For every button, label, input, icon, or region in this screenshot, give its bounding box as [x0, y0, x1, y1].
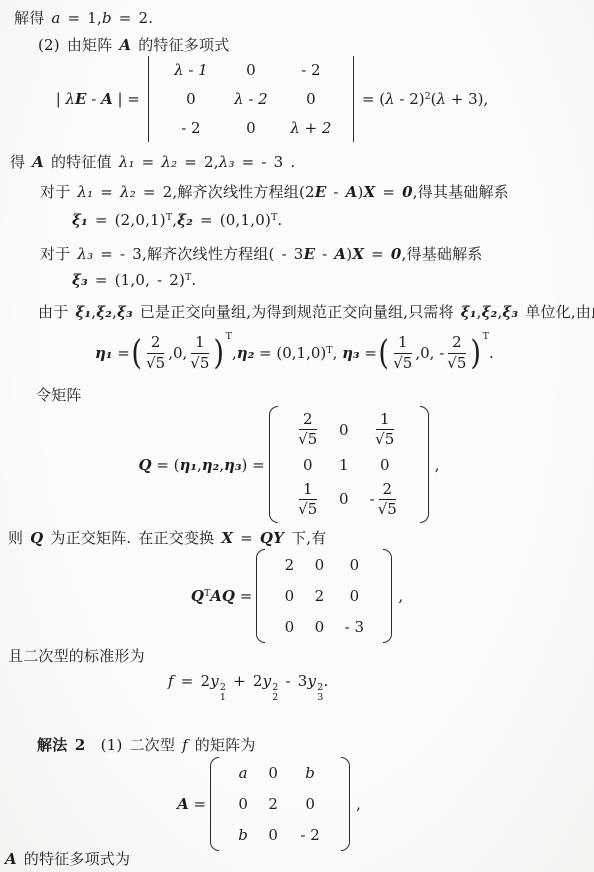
text-seg: ξ₁	[461, 303, 477, 321]
matrix-rparen	[341, 757, 350, 851]
text-seg: .	[323, 672, 328, 690]
xi3-basis-line: ξ₃ = (1,0, - 2)T.	[72, 271, 196, 289]
fraction: 2√5	[146, 334, 165, 372]
text-seg: ξ₃	[502, 303, 518, 321]
text-seg: ,0,	[168, 344, 187, 362]
text-seg: A	[119, 36, 131, 54]
text-seg: Q	[138, 456, 151, 474]
matrix-cell: 0	[350, 587, 360, 605]
frac-denominator: √5	[393, 354, 412, 372]
det-matrix: λ - 1 0 - 2 0 λ - 2 0 - 2 0 λ + 2	[149, 56, 353, 142]
text-seg: η₁	[180, 456, 197, 474]
frac-denominator: √5	[298, 430, 317, 448]
text-seg: 单位化,由此得	[518, 303, 594, 321]
text-seg: = - 3 .	[235, 153, 296, 171]
text-seg: η₂	[202, 456, 219, 474]
text-seg: λ₁	[119, 153, 135, 171]
text-seg: ,得基础解系	[402, 245, 483, 263]
frac-denominator: √5	[146, 354, 165, 372]
a-matrix: a 0 b 0 2 0 b 0 - 2	[210, 757, 350, 851]
text-seg: 为正交矩阵. 在正交变换	[43, 529, 221, 547]
matrix-cell: 0	[285, 618, 295, 636]
char-poly-intro-line: A 的特征多项式为	[5, 848, 130, 869]
text-seg: (2) 由矩阵	[38, 36, 119, 54]
scanned-textbook-page: 解得 a = 1,b = 2. (2) 由矩阵 A 的特征多项式 | λE - …	[0, 0, 594, 872]
text-seg: ,得其基础解系	[413, 183, 509, 201]
text-seg: 的矩阵为	[188, 736, 256, 754]
matrix-cell: 0	[339, 421, 349, 439]
text-seg: =	[360, 344, 377, 362]
qtaq-equation: QTAQ = 2 0 0 0 2 0 0 0 - 3 ,	[0, 549, 594, 643]
text-seg: λ	[66, 90, 76, 108]
text-seg: A	[5, 850, 17, 868]
text-seg: (1) 二次型	[85, 736, 182, 754]
trailing-comma: ,	[435, 456, 440, 474]
let-matrix-line: 令矩阵	[36, 384, 82, 405]
matrix-lparen	[269, 406, 278, 523]
text-seg: A	[101, 90, 113, 108]
text-seg: 对于	[40, 183, 77, 201]
frac-numerator: 1	[191, 334, 209, 353]
matrix-cell: 0	[238, 795, 248, 813]
a-lhs: A =	[177, 795, 206, 813]
matrix-cell: 0	[315, 556, 325, 574]
big-lparen: (	[131, 336, 142, 370]
matrix-cell: 2√5	[298, 411, 317, 449]
text-seg: η₃	[224, 456, 241, 474]
fraction: 1√5	[393, 334, 412, 372]
text-seg: 对于	[40, 245, 77, 263]
orthonormalize-line: 由于 ξ₁,ξ₂,ξ₃ 已是正交向量组,为得到规范正交向量组,只需将 ξ₁,ξ₂…	[38, 301, 594, 322]
matrix-cell: λ + 2	[290, 119, 331, 137]
text-seg: 的特征值	[44, 153, 119, 171]
matrix-cell: 0	[350, 556, 360, 574]
matrix-cell: 1√5	[375, 411, 394, 449]
frac-numerator: 1	[394, 334, 412, 353]
text-seg: .	[191, 271, 196, 289]
text-seg: λ	[437, 90, 447, 108]
text-seg: E	[304, 245, 316, 263]
matrix-cell: a	[239, 764, 248, 782]
text-seg: - 2)	[395, 90, 425, 108]
text-seg: = (0,1,0)	[254, 344, 326, 362]
text-seg: 得	[10, 153, 32, 171]
eta-vectors-formula: η₁ = ( 2√5 ,0, 1√5 ) T ,η₂ = (0,1,0)T, η…	[95, 330, 494, 376]
text-seg: b	[102, 9, 112, 27]
solution2-heading: 解法 2 (1) 二次型 f 的矩阵为	[37, 734, 256, 755]
text-seg: A	[346, 183, 358, 201]
text-seg: -	[326, 183, 345, 201]
matrix-cell: λ - 1	[174, 61, 208, 79]
matrix-cell: 0	[305, 795, 315, 813]
frac-numerator: 2	[147, 334, 165, 353]
text-seg: 0	[391, 245, 402, 263]
frac-denominator: √5	[447, 354, 466, 372]
text-seg: 的特征多项式为	[17, 850, 130, 868]
big-lparen: (	[378, 336, 389, 370]
frac-numerator: 1	[376, 411, 394, 430]
big-rparen: )	[471, 336, 482, 370]
text-seg: 则	[8, 529, 30, 547]
transpose-sup: T	[226, 331, 232, 342]
text-seg: QY	[260, 529, 284, 547]
det-lhs: | λE - A | =	[56, 90, 140, 108]
big-rparen: )	[214, 336, 225, 370]
matrix-cell: - 2	[300, 826, 319, 844]
matrix-cell: - 2	[301, 61, 320, 79]
text-seg: ξ₃	[117, 303, 133, 321]
matrix-rparen	[383, 549, 392, 643]
matrix-cell: b	[305, 764, 315, 782]
text-seg: | =	[113, 90, 140, 108]
text-seg: A	[334, 245, 346, 263]
text-seg: =	[93, 183, 120, 201]
text-seg: =	[235, 587, 252, 605]
text-seg: λ₃	[77, 245, 93, 263]
q-matrix-equation: Q = (η₁,η₂,η₃) = 2√5 0 1√5 0 1 0 1√5 0 -…	[0, 406, 594, 523]
text-seg: Q	[30, 529, 43, 547]
text-seg: λ₁	[77, 183, 93, 201]
fraction: 1√5	[190, 334, 209, 372]
text-seg: |	[56, 90, 66, 108]
matrix-cell: 1√5	[298, 481, 317, 519]
trailing-comma: ,	[356, 795, 361, 813]
q-lhs: Q = (η₁,η₂,η₃) =	[138, 456, 264, 474]
matrix-cell: 1	[339, 456, 349, 474]
eta1-lhs: η₁ =	[95, 344, 130, 362]
matrix-cell: 2	[315, 587, 325, 605]
text-seg: = (	[362, 90, 385, 108]
text-seg: -	[315, 245, 334, 263]
text-seg: ,0, -	[415, 344, 444, 362]
a-matrix-equation: A = a 0 b 0 2 0 b 0 - 2 ,	[0, 757, 594, 851]
matrix-cell: 0	[186, 90, 196, 108]
text-seg: 已是正交向量组,为得到规范正交向量组,只需将	[133, 303, 461, 321]
text-seg: E	[75, 90, 86, 108]
text-seg: = (0,1,0)	[193, 211, 271, 229]
text-seg: 解得	[14, 9, 51, 27]
text-seg: = 1,	[61, 9, 102, 27]
solution-line-a-b: 解得 a = 1,b = 2.	[14, 7, 153, 28]
fraction: 2√5	[447, 334, 466, 372]
text-seg: = (1,0, - 2)	[88, 271, 185, 289]
text-seg: ,	[333, 344, 343, 362]
text-seg: ξ₂	[482, 303, 498, 321]
frac-denominator: √5	[298, 500, 317, 518]
text-seg: 下,有	[284, 529, 326, 547]
matrix-cell: λ - 2	[234, 90, 268, 108]
eta1-mid: ,0,	[168, 344, 187, 362]
eigenvalues-line: 得 A 的特征值 λ₁ = λ₂ = 2,λ₃ = - 3 .	[10, 151, 295, 172]
text-seg: λ₃	[219, 153, 235, 171]
matrix-cell: 2	[268, 795, 278, 813]
matrix-cell: 0	[380, 456, 390, 474]
frac-denominator: √5	[190, 354, 209, 372]
text-seg: 令矩阵	[36, 386, 82, 404]
text-seg: 由于	[38, 303, 75, 321]
text-seg: =	[233, 529, 260, 547]
matrix-cell: 0	[268, 764, 278, 782]
text-seg: .	[489, 344, 494, 362]
text-seg: X	[352, 245, 364, 263]
frac-denominator: √5	[375, 430, 394, 448]
text-seg: = (	[152, 456, 180, 474]
text-seg: =	[135, 153, 162, 171]
matrix-cell: 0	[285, 587, 295, 605]
text-seg: ) =	[242, 456, 265, 474]
matrix-cell: 0	[315, 618, 325, 636]
step-2-heading: (2) 由矩阵 A 的特征多项式	[38, 34, 229, 55]
standard-form-formula: f = 2y21 + 2y22 - 3y23.	[168, 672, 328, 702]
matrix-cell: 0	[303, 456, 313, 474]
qtaq-matrix: 2 0 0 0 2 0 0 0 - 3	[256, 549, 392, 643]
text-seg: X	[364, 183, 376, 201]
text-seg: λ₂	[161, 153, 177, 171]
text-seg: y	[263, 672, 272, 690]
text-seg: AQ	[210, 587, 235, 605]
matrix-rparen	[420, 406, 429, 523]
matrix-cell: - 2√5	[370, 481, 400, 519]
text-seg: η₃	[342, 344, 359, 362]
text-seg: = - 3,解齐次线性方程组( - 3	[93, 245, 303, 263]
determinant-bars: λ - 1 0 - 2 0 λ - 2 0 - 2 0 λ + 2	[148, 56, 354, 142]
text-seg: ξ₂	[177, 211, 193, 229]
matrix-cell: 0	[246, 61, 256, 79]
text-seg: + 2	[226, 672, 262, 690]
text-seg: = 2	[174, 672, 210, 690]
char-poly-equation: | λE - A | = λ - 1 0 - 2 0 λ - 2 0 - 2 0…	[0, 56, 594, 142]
text-seg: A	[177, 795, 189, 813]
text-seg: η₂	[237, 344, 254, 362]
qtaq-lhs: QTAQ =	[191, 587, 252, 605]
text-seg: a	[51, 9, 60, 27]
text-seg: 的特征多项式	[131, 36, 229, 54]
text-seg: 且二次型的标准形为	[8, 647, 145, 665]
matrix-cell: 0	[306, 90, 316, 108]
text-seg: - 3	[279, 672, 308, 690]
eta-period: .	[489, 344, 494, 362]
matrix-cell: 2	[285, 556, 295, 574]
transpose-sup: T	[483, 331, 489, 342]
text-seg: ξ₂	[96, 303, 112, 321]
text-seg: =	[112, 344, 129, 362]
matrix-cell: b	[238, 826, 248, 844]
eta2-part: ,η₂ = (0,1,0)T, η₃ =	[232, 344, 377, 362]
text-seg: λ	[385, 90, 395, 108]
matrix-cell: - 3	[345, 618, 364, 636]
text-seg: ξ₁	[72, 211, 88, 229]
text-seg: .	[277, 211, 282, 229]
frac-numerator: 2	[299, 411, 317, 430]
frac-numerator: 2	[448, 334, 466, 353]
text-seg: Q	[191, 587, 204, 605]
text-seg: 解法 2	[37, 736, 85, 754]
text-seg: E	[315, 183, 327, 201]
text-seg: y	[210, 672, 219, 690]
trailing-comma: ,	[398, 587, 403, 605]
text-seg: ξ₁	[75, 303, 91, 321]
q-matrix: 2√5 0 1√5 0 1 0 1√5 0 - 2√5	[269, 406, 429, 523]
orthogonal-transform-line: 则 Q 为正交矩阵. 在正交变换 X = QY 下,有	[8, 527, 326, 548]
frac-denominator: √5	[378, 500, 397, 518]
matrix-cell: 0	[246, 119, 256, 137]
frac-numerator: 2	[379, 481, 397, 500]
det-rhs: = (λ - 2)2(λ + 3),	[362, 90, 488, 108]
text-seg: X	[221, 529, 233, 547]
matrix-lparen	[256, 549, 265, 643]
text-seg: =	[189, 795, 206, 813]
matrix-cell: - 2	[181, 119, 200, 137]
text-seg: y	[308, 672, 317, 690]
standard-form-intro-line: 且二次型的标准形为	[8, 645, 145, 666]
frac-numerator: 1	[299, 481, 317, 500]
matrix-cell: 0	[339, 490, 349, 508]
text-seg: -	[86, 90, 101, 108]
text-seg: =	[364, 245, 391, 263]
case-lambda3-line: 对于 λ₃ = - 3,解齐次线性方程组( - 3E - A)X = 0,得基础…	[40, 243, 483, 264]
text-seg: = 2.	[112, 9, 153, 27]
xi12-basis-line: ξ₁ = (2,0,1)T,ξ₂ = (0,1,0)T.	[72, 211, 282, 229]
text-seg: λ₂	[120, 183, 136, 201]
text-seg: 0	[402, 183, 413, 201]
text-seg: A	[32, 153, 44, 171]
case-lambda12-line: 对于 λ₁ = λ₂ = 2,解齐次线性方程组(2E - A)X = 0,得其基…	[40, 181, 509, 202]
text-seg: = (2,0,1)	[88, 211, 166, 229]
text-seg: ξ₃	[72, 271, 88, 289]
text-seg: + 3),	[446, 90, 488, 108]
matrix-cell: 0	[268, 826, 278, 844]
text-seg: η₁	[95, 344, 112, 362]
eta3-mid: ,0, -	[415, 344, 444, 362]
text-seg: = 2,解齐次线性方程组(2	[136, 183, 315, 201]
text-seg: = 2,	[177, 153, 218, 171]
matrix-lparen	[210, 757, 219, 851]
text-seg: =	[375, 183, 402, 201]
